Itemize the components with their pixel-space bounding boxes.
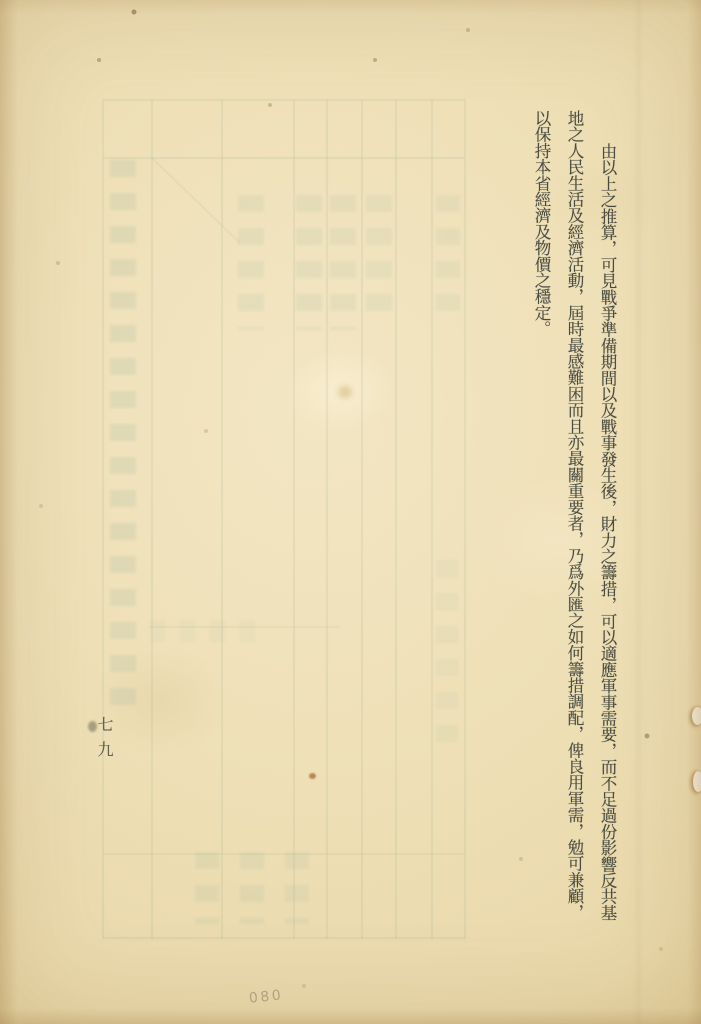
foxing-spot: [338, 386, 352, 398]
bleedthrough-table-ghost: [100, 97, 470, 942]
ink-smudge: [88, 721, 97, 732]
handwritten-page-number: 080: [248, 987, 284, 1006]
paper-damage-spot: [692, 707, 701, 725]
paper-fold-shadow: [637, 0, 640, 1024]
paper-speckles: [0, 0, 2, 2]
body-text: 由以上之推算，可見戰爭準備期間以及戰事發生後，財力之籌措，可以適應軍事需要，而不…: [520, 110, 624, 928]
foxing-spot: [309, 773, 316, 779]
paper-damage-spot: [693, 771, 701, 792]
scanned-page: 由以上之推算，可見戰爭準備期間以及戰事發生後，財力之籌措，可以適應軍事需要，而不…: [0, 0, 701, 1024]
